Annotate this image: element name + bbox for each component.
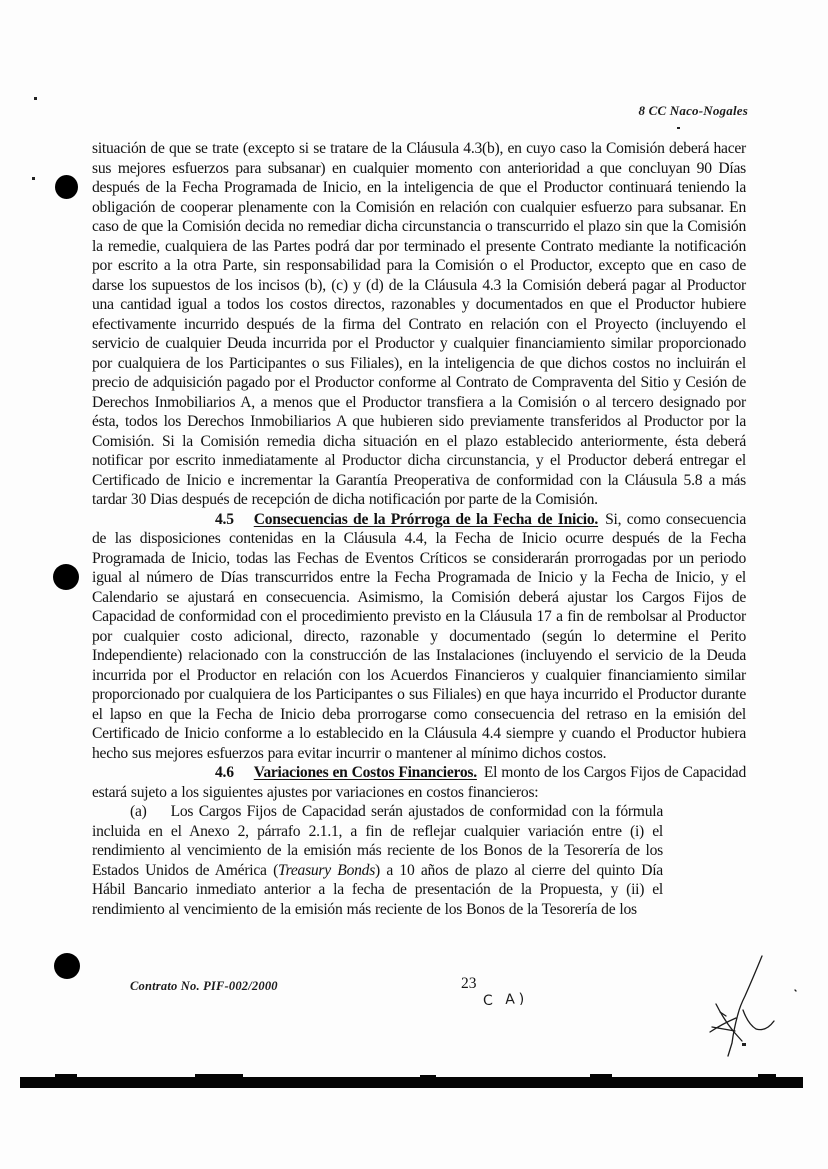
- paragraph-continuation: situación de que se trate (excepto si se…: [92, 139, 746, 510]
- handwritten-initials: C A): [483, 991, 529, 1009]
- scan-edge-bar-icon: [195, 1074, 243, 1077]
- signature-mark-icon: [698, 948, 798, 1063]
- scan-edge-bar-icon: [590, 1074, 612, 1077]
- section-number: 4.6: [215, 764, 234, 781]
- ink-speck-icon: [32, 177, 35, 180]
- ink-speck-icon: [677, 127, 680, 129]
- scan-edge-bar-icon: [758, 1074, 776, 1077]
- footer-contract-number: Contrato No. PIF-002/2000: [130, 979, 278, 994]
- contract-body: situación de que se trate (excepto si se…: [92, 139, 746, 919]
- hole-punch-dot-icon: [55, 175, 78, 199]
- paragraph-text: situación de que se trate (excepto si se…: [92, 140, 746, 508]
- document-header-reference: 8 CC Naco-Nogales: [638, 103, 748, 119]
- hole-punch-dot-icon: [53, 564, 79, 590]
- section-body-text: Si, como consecuencia de las disposicion…: [92, 511, 746, 762]
- subsection-label: (a): [130, 803, 147, 820]
- hole-punch-dot-icon: [54, 953, 80, 979]
- scan-edge-bar-icon: [55, 1074, 77, 1077]
- section-number: 4.5: [215, 511, 234, 528]
- section-4-6-paragraph: 4.6Variaciones en Costos Financieros.El …: [92, 763, 746, 802]
- scan-edge-bar-icon: [20, 1077, 803, 1088]
- subsection-a-paragraph: (a)Los Cargos Fijos de Capacidad serán a…: [92, 802, 663, 919]
- scanned-contract-page: 8 CC Naco-Nogales situación de que se tr…: [0, 0, 828, 1169]
- section-heading: Variaciones en Costos Financieros.: [254, 764, 477, 781]
- page-number: 23: [461, 975, 477, 993]
- ink-speck-icon: [34, 97, 37, 100]
- subsection-italic-term: Treasury Bonds: [278, 862, 375, 879]
- scan-edge-bar-icon: [420, 1075, 436, 1077]
- section-4-5-paragraph: 4.5Consecuencias de la Prórroga de la Fe…: [92, 510, 746, 764]
- section-heading: Consecuencias de la Prórroga de la Fecha…: [254, 511, 598, 528]
